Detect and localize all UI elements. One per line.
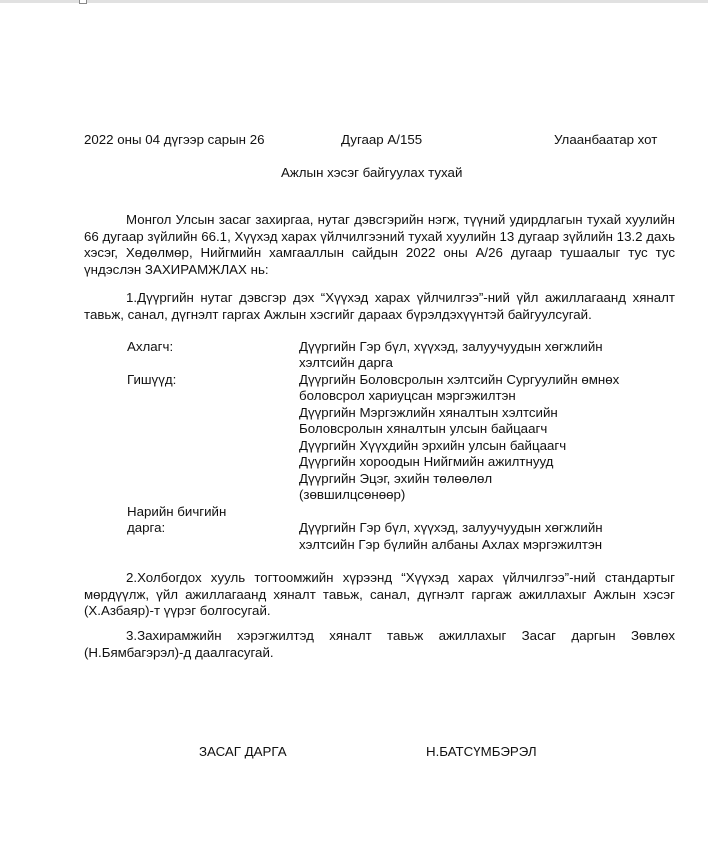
preamble-paragraph: Монгол Улсын засаг захиргаа, нутаг дэвсг… <box>84 212 675 278</box>
member-line: Дүүргийн Хүүхдийн эрхийн улсын байцаагч <box>299 438 566 455</box>
chair-line-2: хэлтсийн дарга <box>299 355 393 372</box>
secretary-line-2: хэлтсийн Гэр бүлийн албаны Ахлах мэргэжи… <box>299 537 602 554</box>
signature-position: ЗАСАГ ДАРГА <box>199 744 287 761</box>
document-title: Ажлын хэсэг байгуулах тухай <box>281 165 462 182</box>
item-3-paragraph: 3.Захирамжийн хэрэгжилтэд хяналт тавьж а… <box>84 628 675 661</box>
member-line: (зөвшилцсөнөөр) <box>299 487 405 504</box>
item-2-paragraph: 2.Холбогдох хууль тогтоомжийн хүрээнд “Х… <box>84 570 675 620</box>
member-line: Боловсролын хяналтын улсын байцаагч <box>299 421 547 438</box>
chair-line-1: Дүүргийн Гэр бүл, хүүхэд, залуучуудын хө… <box>299 339 603 356</box>
member-line: Дүүргийн Эцэг, эхийн төлөөлөл <box>299 471 492 488</box>
member-line: Дүүргийн Боловсролын хэлтсийн Сургуулийн… <box>299 372 619 389</box>
secretary-line-1: Дүүргийн Гэр бүл, хүүхэд, залуучуудын хө… <box>299 520 603 537</box>
top-toolbar-strip <box>0 0 708 3</box>
document-date: 2022 оны 04 дүгээр сарын 26 <box>84 132 265 149</box>
secretary-label-line-1: Нарийн бичгийн <box>127 504 226 521</box>
document-number: Дугаар А/155 <box>341 132 422 149</box>
member-line: Дүүргийн хороодын Нийгмийн ажилтнууд <box>299 454 553 471</box>
item-1-paragraph: 1.Дүүргийн нутаг дэвсгэр дэх “Хүүхэд хар… <box>84 290 675 323</box>
chair-label: Ахлагч: <box>127 339 173 356</box>
secretary-label-line-2: дарга: <box>127 520 165 537</box>
signature-name: Н.БАТСҮМБЭРЭЛ <box>426 744 537 761</box>
document-city: Улаанбаатар хот <box>554 132 657 149</box>
member-line: Дүүргийн Мэргэжлийн хяналтын хэлтсийн <box>299 405 558 422</box>
member-line: боловсрол хариуцсан мэргэжилтэн <box>299 388 516 405</box>
members-label: Гишүүд: <box>127 372 176 389</box>
page-corner-marker <box>79 0 87 4</box>
